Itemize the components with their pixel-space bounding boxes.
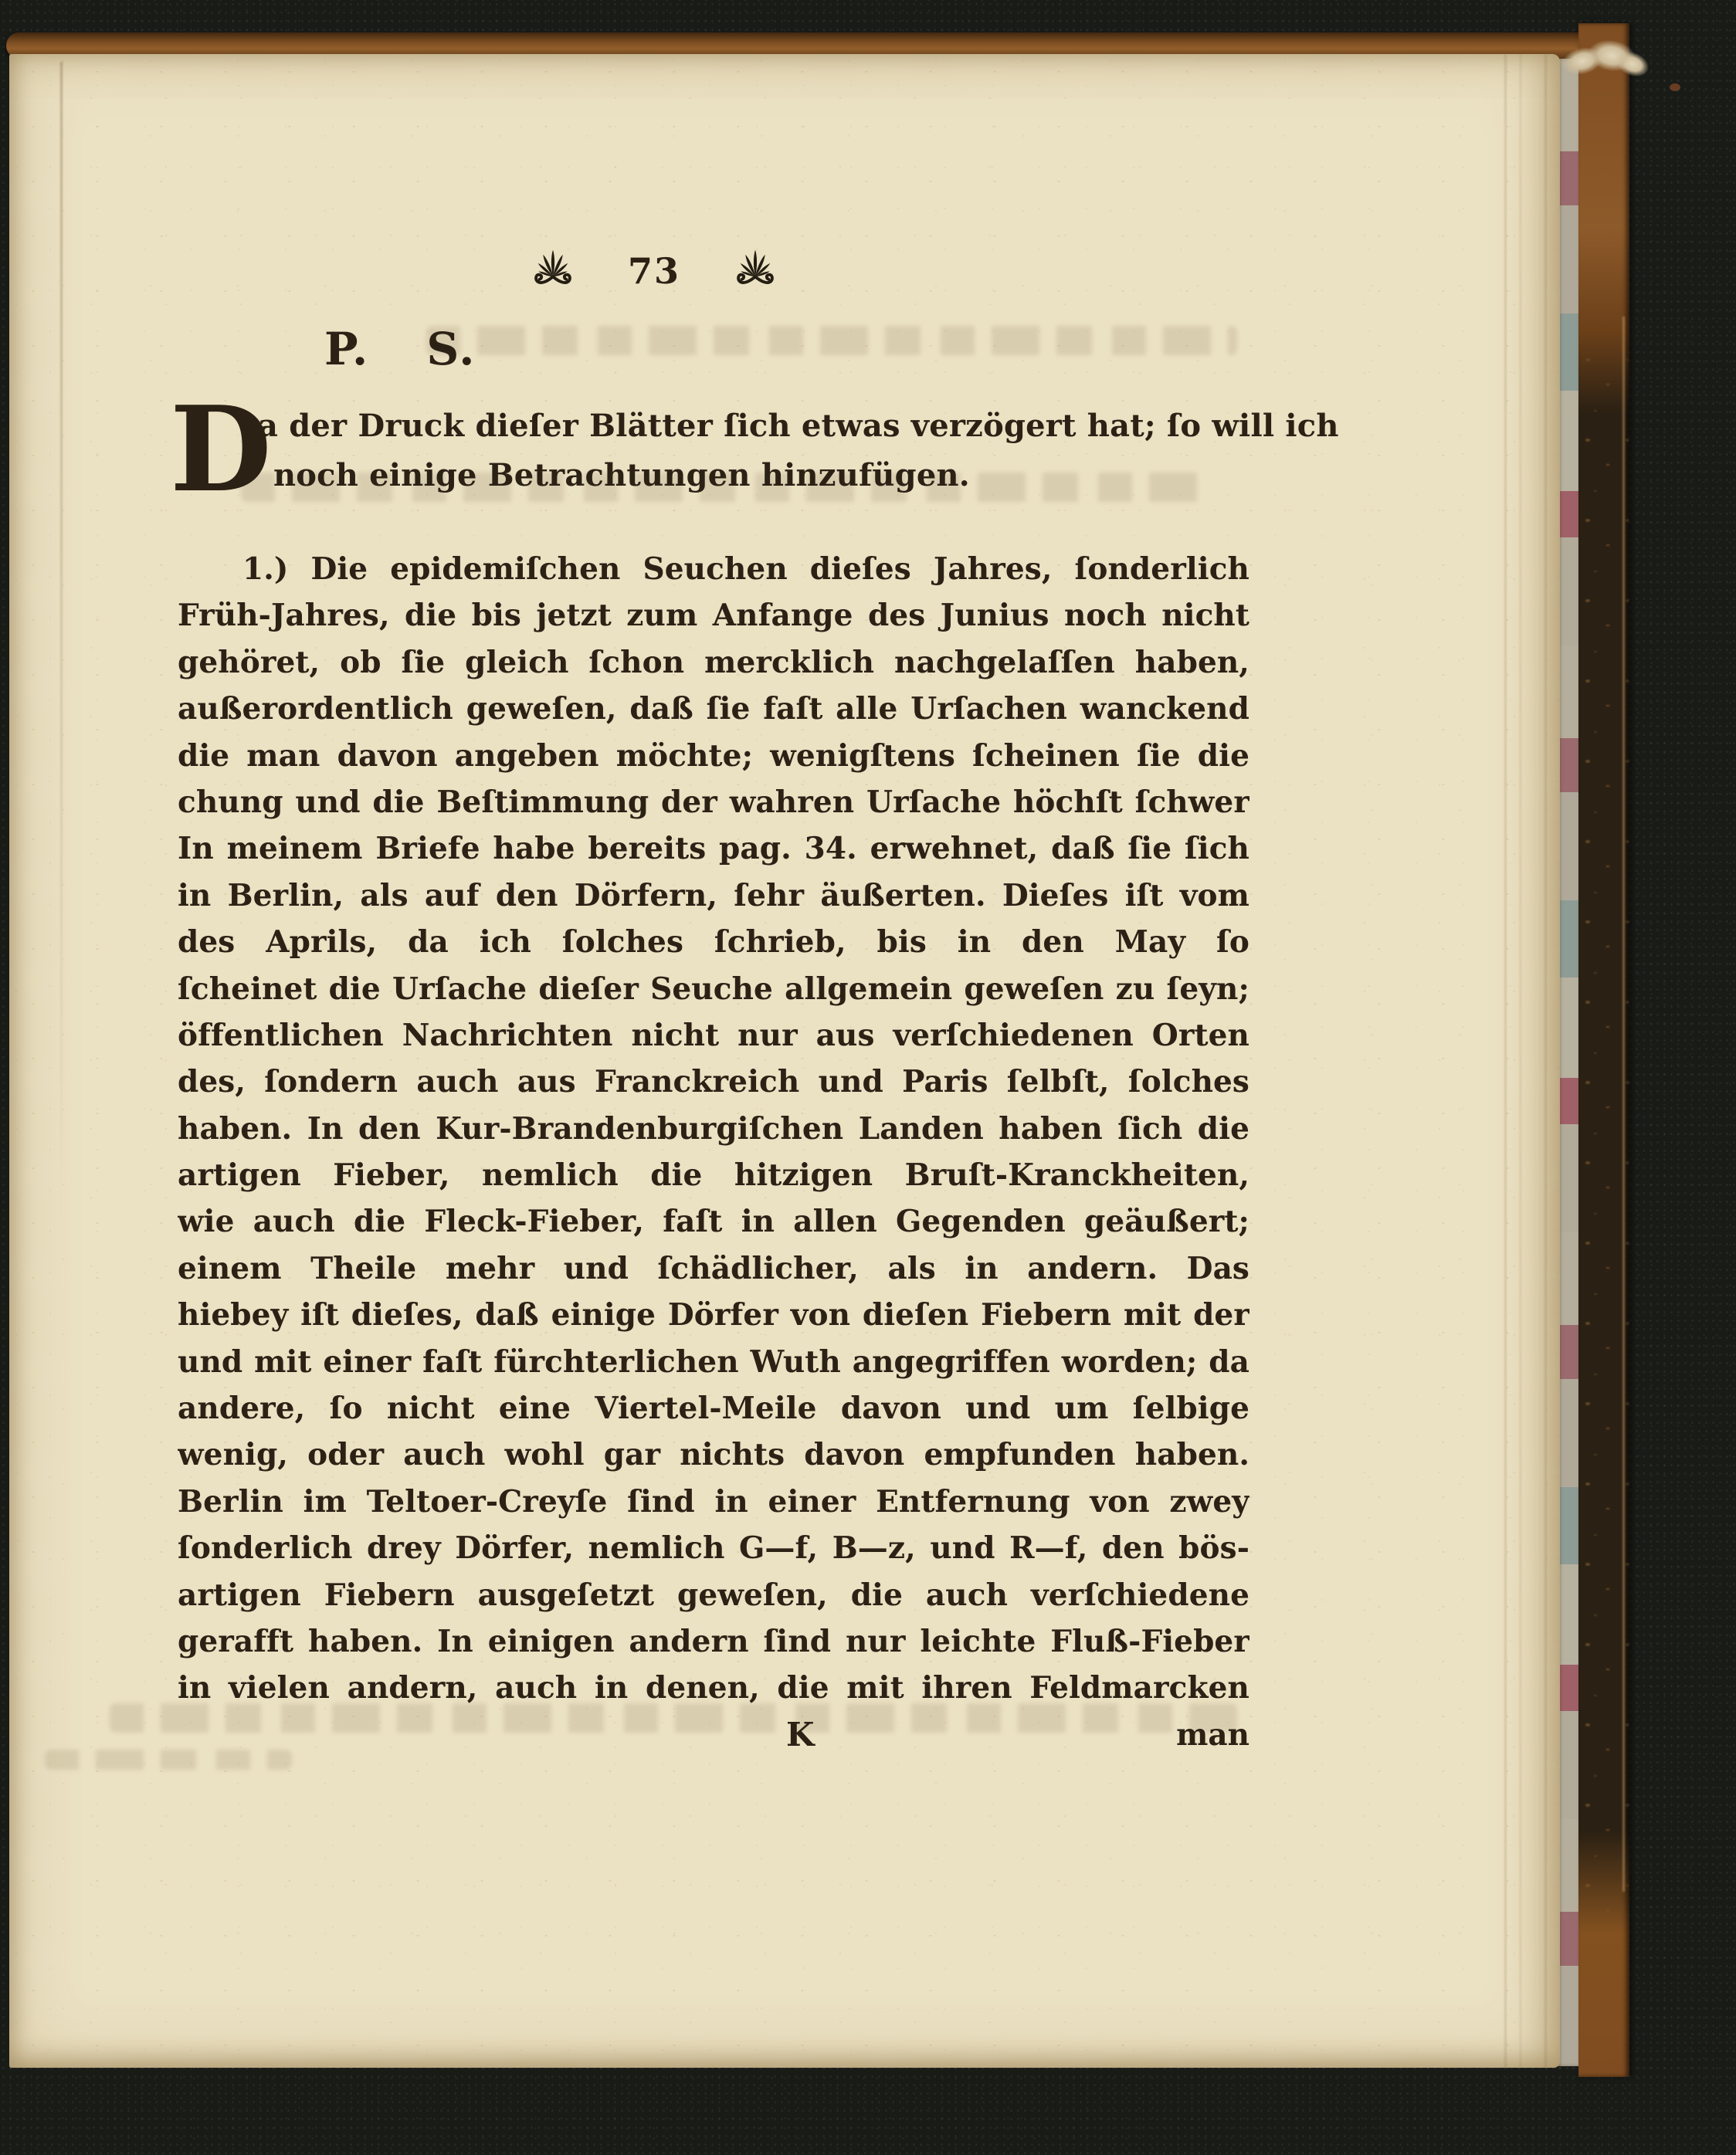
postscript-body: 1.) Die epidemiſchen Seuchen dieſes Jahr… (178, 546, 1249, 1712)
body-line: Früh-Jahres, die bis jetzt zum Anfange d… (178, 592, 1249, 639)
body-line: wie auch die Fleck-Fieber, faſt in allen… (178, 1198, 1249, 1245)
page-number: 73 (624, 250, 684, 292)
body-line: Berlin im Teltoer-Creyſe ſind in einer E… (178, 1479, 1249, 1525)
body-line: artigen Fieber, nemlich die hitzigen Bru… (178, 1152, 1249, 1198)
body-line: einem Theile mehr und ſchädlicher, als i… (178, 1245, 1249, 1292)
body-line: ſonderlich drey Dörfer, nemlich G—f, B—z… (178, 1525, 1249, 1571)
page-fold-lines (1492, 54, 1557, 2068)
body-line: gehöret, ob ſie gleich ſchon mercklich n… (178, 639, 1249, 686)
signature-row: K man (178, 1716, 1249, 1765)
body-line: haben. In den Kur-Brandenburgiſchen Land… (178, 1106, 1249, 1152)
catchword: man (1176, 1717, 1249, 1753)
book-page: 73 P. S. (9, 54, 1560, 2068)
body-line: wenig, oder auch wohl gar nichts davon e… (178, 1432, 1249, 1478)
body-line: des, ſondern auch aus Franckreich und Pa… (178, 1059, 1249, 1105)
body-line: andere, ſo nicht eine Viertel-Meile davo… (178, 1385, 1249, 1432)
debris-speck (1670, 83, 1680, 91)
body-line: die man davon angeben möchte; wenigſtens… (178, 733, 1249, 779)
ghost-bleedthrough (426, 326, 1237, 355)
body-line: des Aprils, da ich ſolches ſchrieb, bis … (178, 919, 1249, 965)
signature-mark: K (786, 1716, 815, 1753)
body-line: artigen Fiebern ausgeſetzt geweſen, die … (178, 1572, 1249, 1618)
body-line: hiebey iſt dieſes, daß einige Dörfer von… (178, 1292, 1249, 1338)
body-line: In meinem Briefe habe bereits pag. 34. e… (178, 825, 1249, 872)
headband (1561, 36, 1651, 83)
drop-cap: D (170, 397, 272, 502)
body-line: und mit einer faſt fürchterlichen Wuth a… (178, 1339, 1249, 1385)
body-line: ſcheinet die Urſache dieſer Seuche allge… (178, 966, 1249, 1012)
fleuron-icon (533, 244, 573, 292)
body-line: gerafft haben. In einigen andern ſind nu… (178, 1618, 1249, 1665)
body-line: außerordentlich geweſen, daß ſie faſt al… (178, 686, 1249, 732)
intro-line: a der Druck dieſer Blätter ſich etwas ve… (178, 402, 1249, 451)
cover-board-edge (1578, 23, 1629, 2077)
running-head: 73 (9, 244, 1560, 298)
postscript-heading: P. S. (324, 323, 476, 375)
body-line: in vielen andern, auch in denen, die mit… (178, 1665, 1249, 1711)
fleuron-icon (735, 244, 775, 292)
body-line: chung und die Beſtimmung der wahren Urſa… (178, 779, 1249, 825)
fore-edge-strip (1558, 59, 1578, 2066)
intro-line: noch einige Betrachtungen hinzufügen. (178, 451, 1249, 500)
body-line: in Berlin, als auf den Dörfern, ſehr äuß… (178, 873, 1249, 919)
book-photo: 73 P. S. (0, 0, 1736, 2155)
postscript-intro: D a der Druck dieſer Blätter ſich etwas … (178, 402, 1249, 500)
paper-crease (60, 62, 63, 1220)
body-line: öffentlichen Nachrichten nicht nur aus v… (178, 1012, 1249, 1059)
body-line: 1.) Die epidemiſchen Seuchen dieſes Jahr… (178, 546, 1249, 592)
